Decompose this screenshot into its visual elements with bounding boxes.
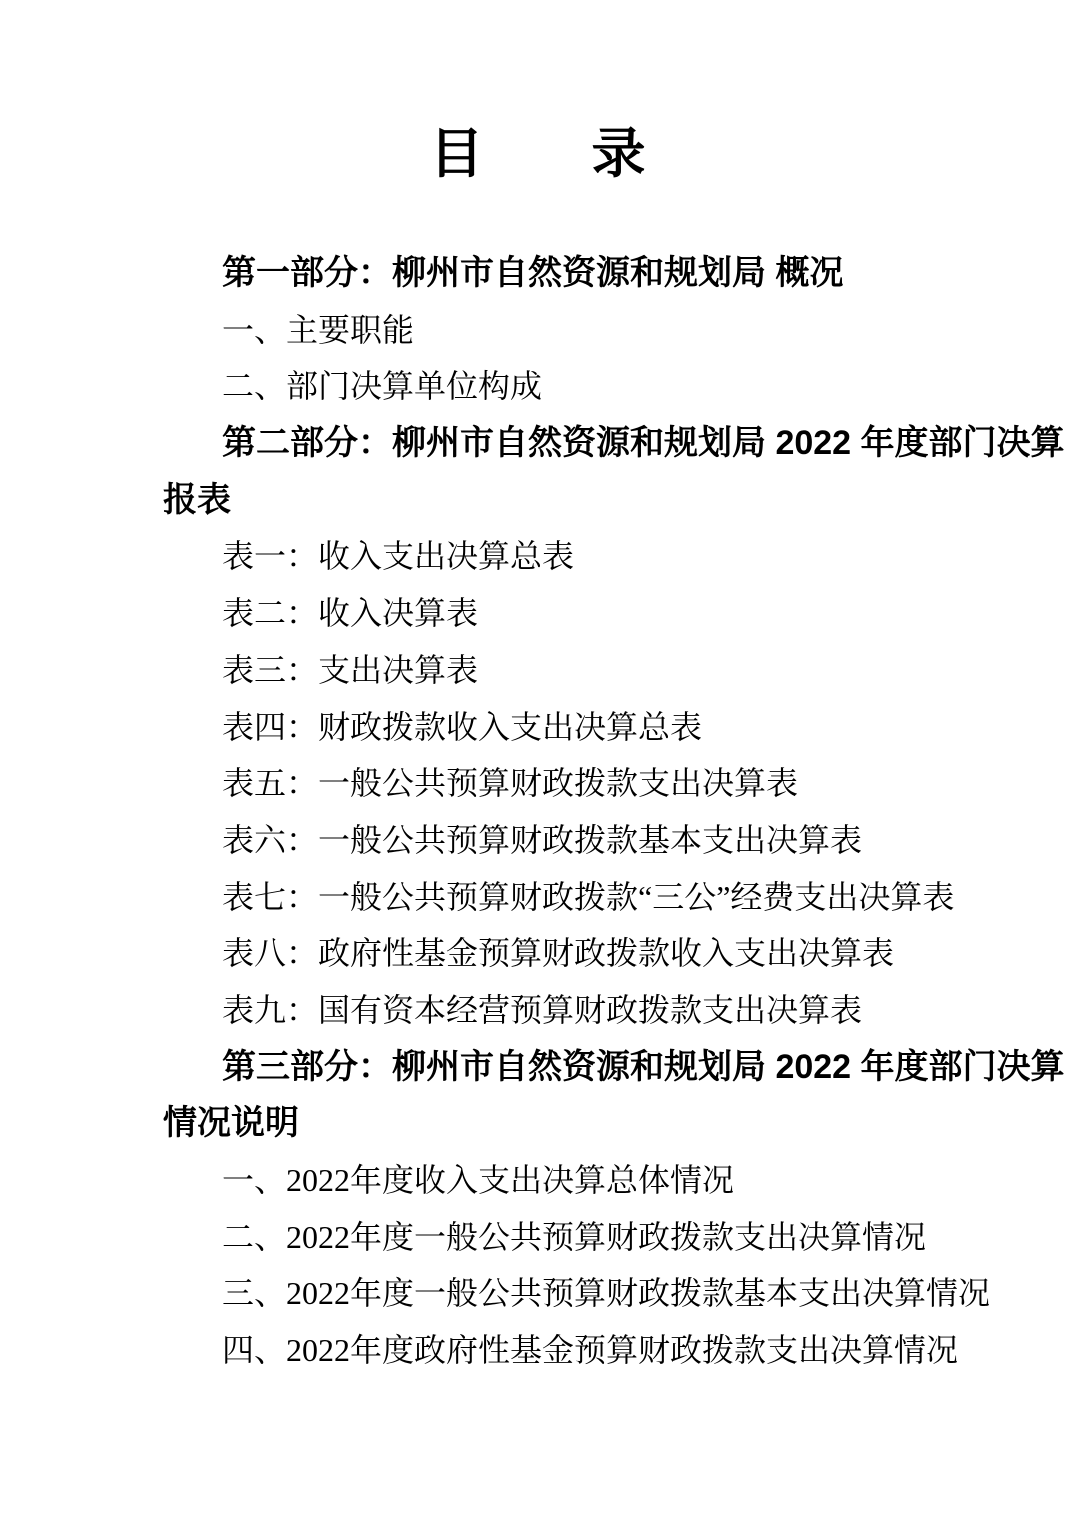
part3-heading-line-1: 第三部分：柳州市自然资源和规划局 2022 年度部门决算 <box>163 1039 923 1096</box>
part2-table-9: 表九：国有资本经营预算财政拨款支出决算表 <box>163 982 923 1039</box>
document-page: { "page": { "background_color": "#ffffff… <box>0 0 1075 1520</box>
part2-table-5: 表五：一般公共预算财政拨款支出决算表 <box>163 755 923 812</box>
part2-heading-line-2: 报表 <box>163 472 923 529</box>
part3-item-3: 三、2022年度一般公共预算财政拨款基本支出决算情况 <box>163 1265 923 1322</box>
part1-item-1: 一、主要职能 <box>163 302 923 359</box>
part2-table-1: 表一：收入支出决算总表 <box>163 528 923 585</box>
part1-heading: 第一部分：柳州市自然资源和规划局 概况 <box>163 245 923 302</box>
part2-table-4: 表四：财政拨款收入支出决算总表 <box>163 699 923 756</box>
part3-item-4: 四、2022年度政府性基金预算财政拨款支出决算情况 <box>163 1322 923 1379</box>
part3-heading-line-2: 情况说明 <box>163 1095 923 1152</box>
part2-table-7: 表七：一般公共预算财政拨款“三公”经费支出决算表 <box>163 869 923 926</box>
part2-table-8: 表八：政府性基金预算财政拨款收入支出决算表 <box>163 925 923 982</box>
part1-item-2: 二、部门决算单位构成 <box>163 358 923 415</box>
part2-table-3: 表三：支出决算表 <box>163 642 923 699</box>
page-title: 目 录 <box>0 122 1075 186</box>
part3-item-2: 二、2022年度一般公共预算财政拨款支出决算情况 <box>163 1209 923 1266</box>
part3-item-1: 一、2022年度收入支出决算总体情况 <box>163 1152 923 1209</box>
part2-heading-line-1: 第二部分：柳州市自然资源和规划局 2022 年度部门决算 <box>163 415 923 472</box>
part2-table-2: 表二：收入决算表 <box>163 585 923 642</box>
table-of-contents: 第一部分：柳州市自然资源和规划局 概况 一、主要职能 二、部门决算单位构成 第二… <box>163 245 923 1379</box>
part2-table-6: 表六：一般公共预算财政拨款基本支出决算表 <box>163 812 923 869</box>
